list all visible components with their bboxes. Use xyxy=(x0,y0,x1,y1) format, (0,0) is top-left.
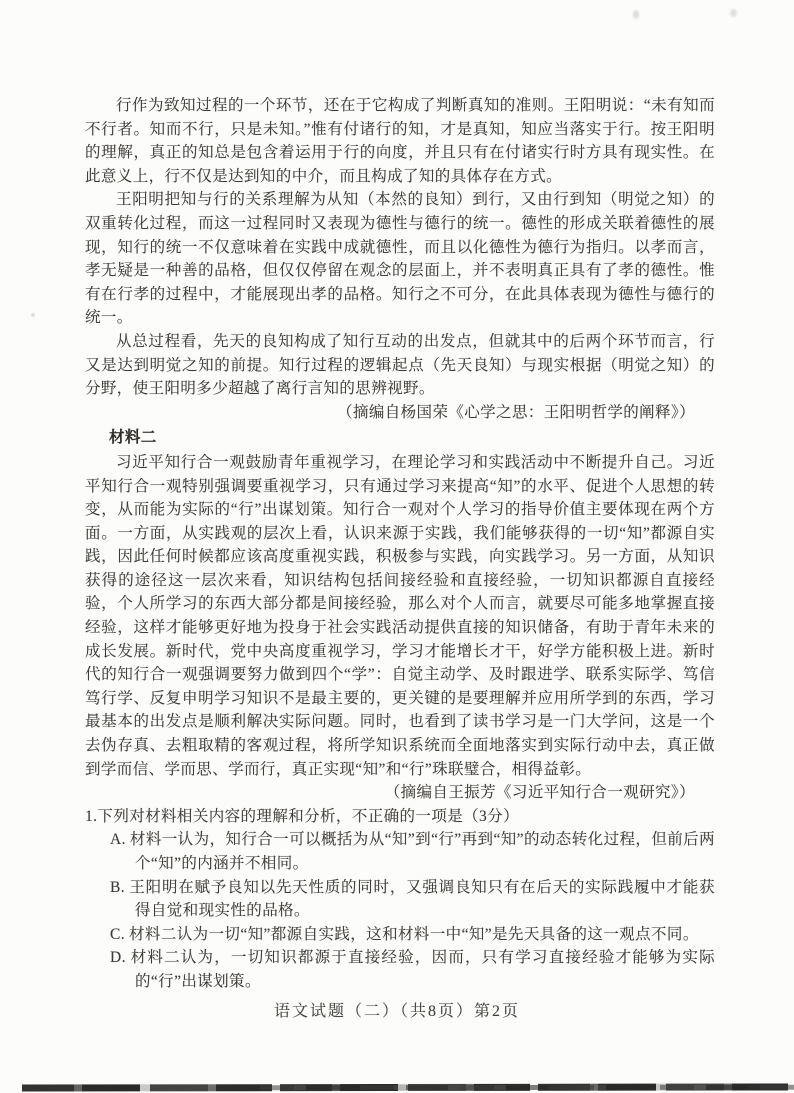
question-1-option-a: A.材料一认为，知行合一可以概括为从“知”到“行”再到“知”的动态转化过程，但前… xyxy=(85,828,715,875)
scan-speck xyxy=(31,313,35,317)
material-two-paragraph: 习近平知行合一观鼓励青年重视学习，在理论学习和实践活动中不断提升自己。习近平知行… xyxy=(85,451,715,781)
question-1-stem: 1.下列对材料相关内容的理解和分析，不正确的一项是（3分） xyxy=(85,805,715,829)
material-two-citation: （摘编自王振芳《习近平知行合一观研究》） xyxy=(85,781,715,805)
exam-text-block: 行作为致知过程的一个环节，还在于它构成了判断真知的准则。王阳明说：“未有知而不行… xyxy=(85,94,715,994)
material-one-paragraph: 行作为致知过程的一个环节，还在于它构成了判断真知的准则。王阳明说：“未有知而不行… xyxy=(85,94,715,188)
material-one-paragraph: 王阳明把知与行的关系理解为从知（本然的良知）到行，又由行到知（明觉之知）的双重转… xyxy=(85,188,715,330)
question-1-option-d: D.材料二认为，一切知识都源于直接经验，因而，只有学习直接经验才能够为实际的“行… xyxy=(85,946,715,993)
option-b-label: B. xyxy=(110,879,129,896)
option-a-label: A. xyxy=(110,831,130,848)
material-one-citation: （摘编自杨国荣《心学之思：王阳明哲学的阐释》） xyxy=(85,401,715,425)
scan-speck xyxy=(633,10,639,19)
scanned-exam-page: 行作为致知过程的一个环节，还在于它构成了判断真知的准则。王阳明说：“未有知而不行… xyxy=(0,0,794,1093)
option-a-text: 材料一认为，知行合一可以概括为从“知”到“行”再到“知”的动态转化过程，但前后两… xyxy=(130,831,715,872)
scan-torn-bottom-edge-light xyxy=(260,1085,794,1090)
option-d-text: 材料二认为，一切知识都源于直接经验，因而，只有学习直接经验才能够为实际的“行”出… xyxy=(130,949,715,990)
scan-speck xyxy=(730,9,737,17)
material-two-heading: 材料二 xyxy=(85,426,715,450)
material-one-paragraph: 从总过程看，先天的良知构成了知行互动的出发点，但就其中的后两个环节而言，行又是达… xyxy=(85,330,715,401)
question-1-option-b: B.王阳明在赋予良知以先天性质的同时，又强调良知只有在后天的实际践履中才能获得自… xyxy=(85,876,715,923)
option-c-label: C. xyxy=(110,926,129,943)
option-c-text: 材料二认为一切“知”都源自实践，这和材料一中“知”是先天具备的这一观点不同。 xyxy=(129,926,699,943)
question-1-option-c: C.材料二认为一切“知”都源自实践，这和材料一中“知”是先天具备的这一观点不同。 xyxy=(85,923,715,947)
page-footer: 语文试题（二）（共8页）第2页 xyxy=(0,998,794,1021)
option-d-label: D. xyxy=(110,949,130,966)
option-b-text: 王阳明在赋予良知以先天性质的同时，又强调良知只有在后天的实际践履中才能获得自觉和… xyxy=(129,879,715,920)
